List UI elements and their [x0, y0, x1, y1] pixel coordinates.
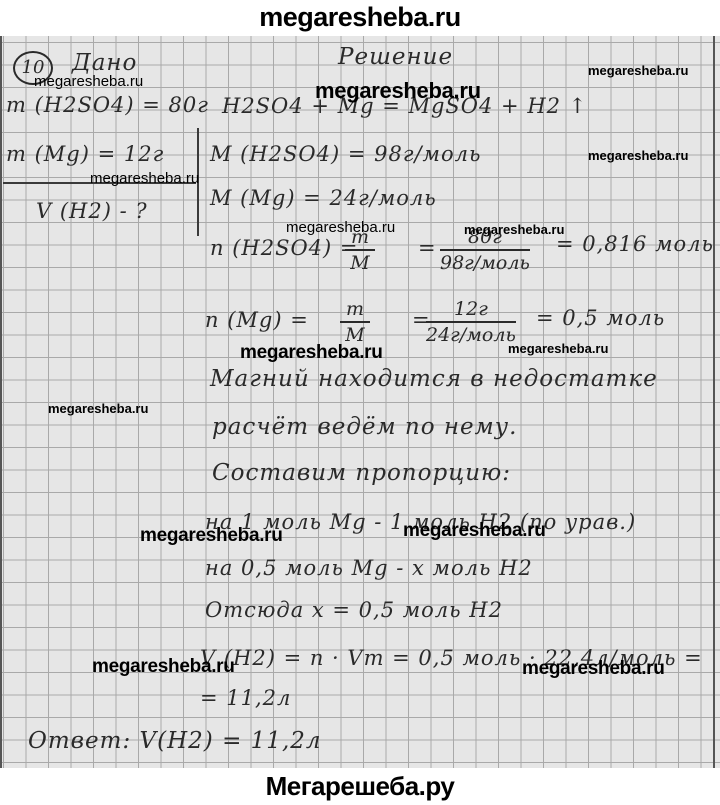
volume-result: = 11,2л — [200, 686, 291, 710]
watermark: megaresheba.ru — [588, 63, 688, 78]
fraction-numerator: m — [340, 298, 370, 323]
proportion-line-2: на 0,5 моль Mg - x моль H2 — [205, 556, 533, 580]
n-mg-result: = 0,5 моль — [536, 306, 665, 330]
watermark: megaresheba.ru — [315, 78, 481, 104]
hence-line: Отсюда x = 0,5 моль H2 — [205, 598, 503, 622]
n-h2so4-result: = 0,816 моль — [556, 232, 714, 256]
watermark: megaresheba.ru — [48, 401, 148, 416]
watermark: megaresheba.ru — [286, 219, 395, 236]
n-mg-label: n (Mg) = — [205, 308, 309, 332]
solution-title: Решение — [338, 44, 453, 70]
watermark: megaresheba.ru — [240, 342, 383, 364]
notebook-page: 10 Дано m (H2SO4) = 80г m (Mg) = 12г V (… — [0, 36, 720, 768]
given-mass-mg: m (Mg) = 12г — [6, 142, 164, 166]
molar-mass-h2so4: M (H2SO4) = 98г/моль — [210, 142, 481, 166]
fraction-denominator: 24г/моль — [426, 323, 516, 346]
calculate-by-it-text: расчёт ведём по нему. — [212, 414, 517, 440]
watermark: megaresheba.ru — [522, 658, 665, 680]
fraction-denominator: 98г/моль — [440, 251, 530, 274]
molar-mass-mg: M (Mg) = 24г/моль — [210, 186, 437, 210]
watermark: megaresheba.ru — [508, 341, 608, 356]
answer-line: Ответ: V(H2) = 11,2л — [28, 728, 322, 754]
watermark: megaresheba.ru — [403, 520, 546, 542]
watermark: megaresheba.ru — [90, 170, 199, 187]
equals-sign: = — [418, 236, 437, 260]
site-header: megaresheba.ru — [0, 0, 720, 36]
fraction-12-over-24: 12г 24г/моль — [426, 298, 516, 346]
fraction-denominator: M — [345, 251, 375, 274]
find-volume-h2: V (H2) - ? — [36, 199, 148, 223]
page-left-edge — [0, 36, 2, 768]
fraction-m-over-M: m M — [340, 298, 370, 346]
watermark: megaresheba.ru — [588, 148, 688, 163]
given-mass-h2so4: m (H2SO4) = 80г — [6, 93, 209, 117]
n-h2so4-label: n (H2SO4) = — [210, 236, 359, 260]
site-footer: Мегарешеба.ру — [0, 768, 720, 805]
watermark: megaresheba.ru — [34, 73, 143, 90]
fraction-numerator: 12г — [426, 298, 516, 323]
limiting-reagent-text: Магний находится в недостатке — [210, 366, 658, 392]
watermark: megaresheba.ru — [464, 222, 564, 237]
watermark: megaresheba.ru — [140, 525, 283, 547]
proportion-title: Составим пропорцию: — [212, 460, 511, 486]
watermark: megaresheba.ru — [92, 656, 235, 678]
page-right-edge — [713, 36, 715, 768]
